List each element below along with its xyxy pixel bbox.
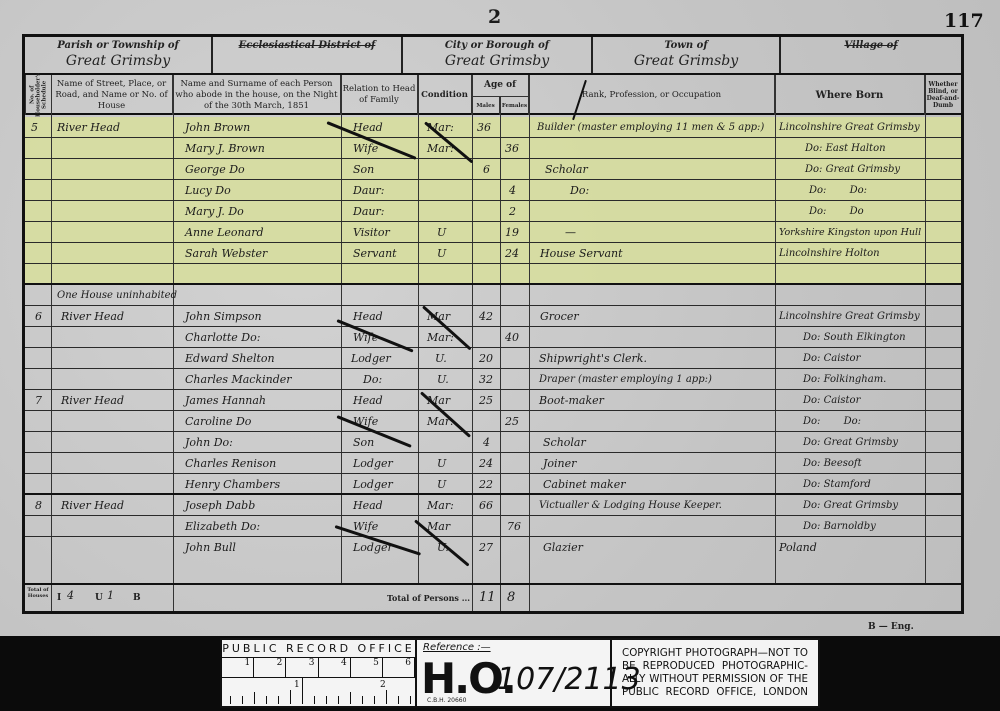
schedule-no: 7 (35, 390, 42, 411)
copyright-line: COPYRIGHT PHOTOGRAPH—NOT TO (622, 647, 808, 660)
occupation: Do: (570, 180, 589, 201)
condition: Mar (427, 306, 450, 327)
occupation: Glazier (543, 537, 583, 558)
occupation: Scholar (545, 159, 588, 180)
col-condition: Condition (418, 75, 472, 115)
schedule-no: 6 (35, 306, 42, 327)
person-name: John Brown (185, 117, 250, 138)
occupation: House Servant (540, 243, 623, 264)
col-females: Females (500, 97, 529, 115)
where-born: Poland (779, 537, 817, 558)
city-field: City or Borough of Great Grimsby (403, 37, 593, 73)
schedule-no: 5 (31, 117, 38, 138)
col-age-of: Age of (472, 75, 528, 97)
inhabited-label: I (57, 593, 61, 603)
piece-number: 107/2113 (497, 662, 641, 697)
person-name: James Hannah (185, 390, 266, 411)
village-field: Village of (781, 37, 961, 73)
totals-row: Total of Houses I 4 U 1 B Total of Perso… (25, 583, 961, 611)
table-row: Mary J. Do Daur: 2 Do: Do (25, 201, 961, 222)
condition: Mar: (427, 495, 454, 516)
condition: U. (435, 348, 447, 369)
ruler-tick (374, 696, 375, 704)
scale-ruler: PUBLIC RECORD OFFICE 1 2 3 4 5 6 (222, 640, 417, 706)
where-born: Do: Do: (809, 180, 867, 201)
folio-number: 117 (944, 10, 984, 32)
person-name: Charles Mackinder (185, 369, 292, 390)
occupation: Joiner (543, 453, 576, 474)
where-born: Do: Beesoft (803, 453, 862, 474)
col-name: Name and Surname of each Person who abod… (173, 75, 341, 115)
table-row: One House uninhabited (25, 285, 961, 306)
person-name: Lucy Do (185, 180, 231, 201)
building-label: B (133, 593, 141, 603)
village-label: Village of (781, 40, 961, 51)
occupation: Cabinet maker (543, 474, 625, 495)
table-row: 7 River Head James Hannah Head Mar 25 Bo… (25, 390, 961, 411)
total-females: 8 (507, 587, 515, 608)
ruler-tick (254, 692, 255, 704)
public-record-office-stamp: PUBLIC RECORD OFFICE 1 2 3 4 5 6 (220, 638, 820, 708)
relation: Visitor (353, 222, 390, 243)
female-age: 4 (509, 180, 516, 201)
relation: Head (353, 495, 383, 516)
where-born: Lincolnshire Holton (779, 243, 880, 264)
table-row: Caroline Do Wife Mar: 25 Do: Do: (25, 411, 961, 432)
cbh-code: C.B.H. 20660 (427, 697, 466, 704)
person-name: Henry Chambers (185, 474, 280, 495)
occupation: Shipwright's Clerk. (539, 348, 647, 369)
copyright-line: BE REPRODUCED PHOTOGRAPHIC- (622, 660, 808, 673)
total-houses-label: Total of Houses (27, 587, 49, 599)
footnote: B — Eng. (868, 622, 914, 632)
where-born: Do: Barnoldby (803, 516, 876, 537)
table-row: George Do Son 6 Scholar Do: Great Grimsb… (25, 159, 961, 180)
male-age: 20 (479, 348, 493, 369)
town-field: Town of Great Grimsby (593, 37, 781, 73)
male-age: 27 (479, 537, 493, 558)
relation: Head (353, 306, 383, 327)
town-label: Town of (593, 40, 779, 51)
person-name: Joseph Dabb (185, 495, 255, 516)
table-row: Edward Shelton Lodger U. 20 Shipwright's… (25, 348, 961, 369)
where-born: Do: Folkingham. (803, 369, 886, 390)
where-born: Do: South Elkington (803, 327, 906, 348)
street: River Head (57, 117, 120, 138)
person-name: John Bull (185, 537, 236, 558)
ruler-tick (266, 696, 267, 704)
col-occupation: Rank, Profession, or Occupation (529, 75, 775, 115)
person-name: Mary J. Do (185, 201, 244, 222)
col-relation: Relation to Head of Family (341, 75, 418, 115)
uninhabited-count: 1 (107, 585, 114, 606)
district-header: Parish or Township of Great Grimsby Eccl… (25, 37, 961, 75)
relation: Son (353, 432, 374, 453)
female-age: 36 (505, 138, 519, 159)
person-name: George Do (185, 159, 245, 180)
occupation: Builder (master employing 11 men & 5 app… (537, 117, 764, 138)
where-born: Lincolnshire Great Grimsby (779, 117, 920, 138)
col-where-born: Where Born (775, 75, 925, 115)
col-males: Males (472, 97, 500, 115)
condition: Mar: (427, 411, 454, 432)
ruler-tick (338, 696, 339, 704)
table-row: John Bull Lodger U. 27 Glazier Poland (25, 537, 961, 558)
where-born: Do: Great Grimsby (805, 159, 900, 180)
table-row: Sarah Webster Servant U 24 House Servant… (25, 243, 961, 264)
table-row: Mary J. Brown Wife Mar: 36 Do: East Halt… (25, 138, 961, 159)
male-age: 36 (477, 117, 491, 138)
total-persons-label: Total of Persons ... (387, 593, 470, 603)
female-age: 19 (505, 222, 519, 243)
relation: Lodger (353, 474, 393, 495)
condition: U. (437, 369, 449, 390)
schedule-no: 8 (35, 495, 42, 516)
female-age: 2 (509, 201, 516, 222)
city-value: Great Grimsby (403, 53, 591, 69)
uninhabited-label: U (95, 593, 103, 603)
condition: U (437, 243, 446, 264)
ruler-mark: 5 (351, 658, 383, 677)
ruler-mark: 2 (254, 658, 286, 677)
person-name: Edward Shelton (185, 348, 275, 369)
male-age: 24 (479, 453, 493, 474)
person-name: John Simpson (185, 306, 262, 327)
where-born: Do: Great Grimsby (803, 495, 898, 516)
ruler-number: 1 (294, 680, 300, 690)
office-title: PUBLIC RECORD OFFICE (222, 640, 415, 658)
table-row: 5 River Head John Brown Head Mar: 36 Bui… (25, 117, 961, 138)
ruler-number: 2 (380, 680, 386, 690)
copyright-notice: COPYRIGHT PHOTOGRAPH—NOT TO BE REPRODUCE… (612, 640, 818, 706)
occupation: Scholar (543, 432, 586, 453)
where-born: Do: Caistor (803, 348, 860, 369)
female-age: 76 (507, 516, 521, 537)
where-born: Do: Do: (803, 411, 861, 432)
total-males: 11 (479, 587, 496, 608)
table-row (25, 264, 961, 285)
where-born: Lincolnshire Great Grimsby (779, 306, 920, 327)
relation: Daur: (353, 180, 384, 201)
table-row: Anne Leonard Visitor U 19 — Yorkshire Ki… (25, 222, 961, 243)
ruler-tick (314, 696, 315, 704)
person-name: Caroline Do (185, 411, 251, 432)
ruler-tick (278, 696, 279, 704)
person-name: Charles Renison (185, 453, 276, 474)
person-name: Anne Leonard (185, 222, 264, 243)
male-age: 66 (479, 495, 493, 516)
occupation: Boot-maker (539, 390, 604, 411)
parish-field: Parish or Township of Great Grimsby (25, 37, 213, 73)
relation: Son (353, 159, 374, 180)
table-row: 6 River Head John Simpson Head Mar 42 Gr… (25, 306, 961, 327)
occupation: Victualler & Lodging House Keeper. (539, 495, 722, 516)
relation: Lodger (353, 453, 393, 474)
ruler-mark: 6 (383, 658, 415, 677)
male-age: 4 (483, 432, 490, 453)
female-age: 24 (505, 243, 519, 264)
city-label: City or Borough of (403, 40, 591, 51)
census-page: 2 117 Parish or Township of Great Grimsb… (0, 0, 1000, 636)
relation: Daur: (353, 201, 384, 222)
street: River Head (61, 306, 124, 327)
town-value: Great Grimsby (593, 53, 779, 69)
male-age: 25 (479, 390, 493, 411)
where-born: Do: East Halton (805, 138, 886, 159)
relation: Head (353, 390, 383, 411)
col-street: Name of Street, Place, or Road, and Name… (51, 75, 173, 115)
census-table: Parish or Township of Great Grimsby Eccl… (22, 34, 964, 614)
table-row: Charlotte Do: Wife Mar: 40 Do: South Elk… (25, 327, 961, 348)
street: River Head (61, 390, 124, 411)
person-name: John Do: (185, 432, 233, 453)
person-name: Mary J. Brown (185, 138, 265, 159)
reference-label: Reference :— (423, 642, 491, 653)
condition: U (437, 474, 446, 495)
column-headers: No. of Householder's Schedule Name of St… (25, 75, 961, 115)
table-row: 8 River Head Joseph Dabb Head Mar: 66 Vi… (25, 495, 961, 516)
where-born: Do: Stamford (803, 474, 871, 495)
occupation: Draper (master employing 1 app:) (539, 369, 712, 390)
occupation: — (565, 222, 576, 243)
ruler-tick (386, 690, 387, 704)
ruler-tick (350, 692, 351, 704)
male-age: 22 (479, 474, 493, 495)
table-row: John Do: Son 4 Scholar Do: Great Grimsby (25, 432, 961, 453)
relation: Servant (353, 243, 397, 264)
where-born: Do: Great Grimsby (803, 432, 898, 453)
where-born: Yorkshire Kingston upon Hull (779, 222, 921, 243)
copyright-line: ALLY WITHOUT PERMISSION OF THE (622, 673, 808, 686)
person-name: Sarah Webster (185, 243, 267, 264)
col-blind-deaf: Whether Blind, or Deaf-and-Dumb (925, 75, 961, 115)
person-name: Charlotte Do: (185, 327, 260, 348)
parish-label: Parish or Township of (25, 40, 211, 51)
table-row: Elizabeth Do: Wife Mar 76 Do: Barnoldby (25, 516, 961, 537)
condition: U (437, 453, 446, 474)
female-age: 25 (505, 411, 519, 432)
male-age: 6 (483, 159, 490, 180)
table-row: Charles Renison Lodger U 24 Joiner Do: B… (25, 453, 961, 474)
ruler-tick (398, 696, 399, 704)
ecclesiastical-field: Ecclesiastical District of (213, 37, 403, 73)
female-age: 40 (505, 327, 519, 348)
ruler-mark: 1 (222, 658, 254, 677)
table-row: Charles Mackinder Do: U. 32 Draper (mast… (25, 369, 961, 390)
ruler-tick (362, 696, 363, 704)
ruler-tick (242, 696, 243, 704)
col-schedule: No. of Householder's Schedule (25, 75, 51, 115)
ecclesiastical-label: Ecclesiastical District of (213, 40, 401, 51)
where-born: Do: Do (809, 201, 864, 222)
male-age: 32 (479, 369, 493, 390)
relation: Lodger (351, 348, 391, 369)
ruler-decimetres: 1 2 (222, 678, 415, 706)
table-row: Lucy Do Daur: 4 Do: Do: Do: (25, 180, 961, 201)
occupation: Grocer (540, 306, 579, 327)
copyright-line: PUBLIC RECORD OFFICE, LONDON (622, 686, 808, 699)
table-row: Henry Chambers Lodger U 22 Cabinet maker… (25, 474, 961, 495)
ruler-mark: 3 (286, 658, 318, 677)
ruler-tick (230, 696, 231, 704)
street: River Head (61, 495, 124, 516)
parish-value: Great Grimsby (25, 53, 211, 69)
relation: Do: (363, 369, 382, 390)
ruler-tick (302, 678, 303, 704)
ruler-mark: 4 (319, 658, 351, 677)
uninhabited-note: One House uninhabited (57, 285, 177, 306)
male-age: 42 (479, 306, 493, 327)
ruler-tick (290, 690, 291, 704)
page-center-number: 2 (488, 6, 501, 28)
ruler-tick (410, 696, 411, 704)
reference-box: Reference :— H.O. 107/2113 C.B.H. 20660 (417, 640, 612, 706)
inhabited-count: 4 (67, 585, 74, 606)
where-born: Do: Caistor (803, 390, 860, 411)
person-name: Elizabeth Do: (185, 516, 260, 537)
condition: U (437, 222, 446, 243)
ruler-tick (326, 696, 327, 704)
ruler-inches: 1 2 3 4 5 6 (222, 658, 415, 678)
